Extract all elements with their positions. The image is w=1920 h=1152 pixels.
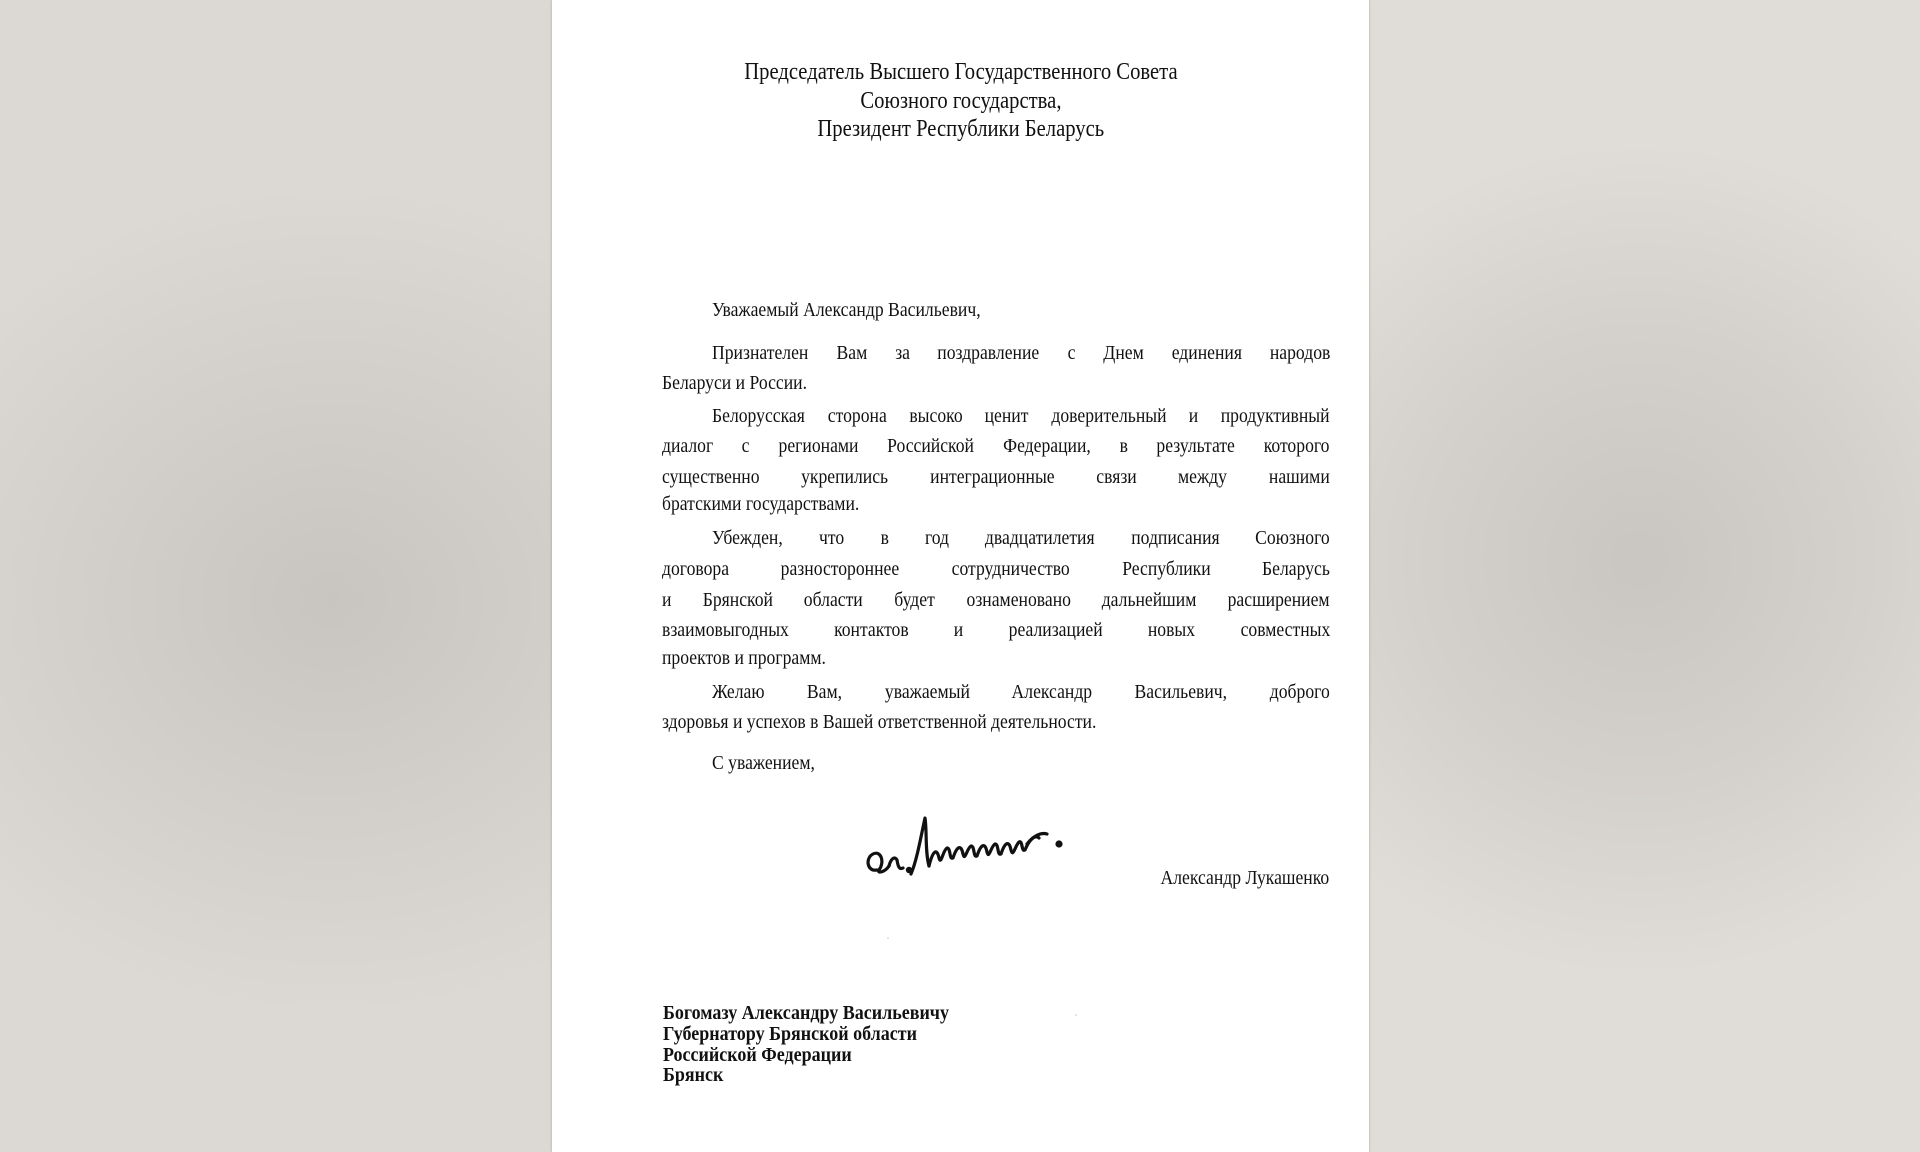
paragraph-3-line-2: договораразностороннеесотрудничествоРесп…	[662, 557, 1330, 581]
word: области	[804, 588, 863, 612]
paragraph-2-line-2: диалогсрегионамиРоссийскойФедерации,врез…	[662, 434, 1330, 458]
word: Беларусь	[1262, 557, 1330, 581]
word: будет	[895, 588, 936, 612]
word: Днем	[1103, 341, 1143, 365]
word: и	[954, 618, 963, 642]
word: что	[819, 526, 844, 550]
background-right	[1369, 0, 1920, 1152]
word: Убежден,	[712, 526, 783, 550]
word: Брянской	[703, 588, 773, 612]
word: и	[662, 588, 671, 612]
word: нашими	[1269, 465, 1330, 489]
word: между	[1178, 465, 1227, 489]
recipient-line-3: Российской Федерации	[663, 1045, 873, 1066]
paragraph-1-line-2: Беларуси и России.	[662, 371, 1330, 395]
letterhead-line-2: Союзного государства,	[552, 87, 1369, 116]
word: народов	[1269, 341, 1329, 365]
word: Белорусская	[712, 404, 805, 428]
word: продуктивный	[1221, 404, 1330, 428]
word: уважаемый	[885, 680, 970, 704]
word: ознаменовано	[966, 588, 1070, 612]
word: с	[742, 434, 750, 458]
letterhead-line-3: Президент Республики Беларусь	[552, 115, 1369, 144]
word: разностороннее	[781, 557, 900, 581]
word: Признателен	[712, 341, 808, 365]
paragraph-4-line-2: здоровья и успехов в Вашей ответственной…	[662, 710, 1330, 734]
word: Васильевич,	[1135, 680, 1228, 704]
word: Вам,	[807, 680, 842, 704]
word: с	[1067, 341, 1075, 365]
word: дальнейшим	[1102, 588, 1197, 612]
word: Александр	[1012, 680, 1093, 704]
word: которого	[1264, 434, 1330, 458]
letterhead-line-1: Председатель Высшего Государственного Со…	[552, 58, 1369, 87]
word: и	[1189, 404, 1198, 428]
word: диалог	[662, 434, 713, 458]
word: Российской	[888, 434, 975, 458]
paragraph-2-line-1: Белорусскаясторонавысокоценитдоверительн…	[712, 404, 1330, 428]
paragraph-4-line-1: ЖелаюВам,уважаемыйАлександрВасильевич,до…	[712, 680, 1330, 704]
paragraph-3-line-1: Убежден,чтовгоддвадцатилетияподписанияСо…	[712, 526, 1330, 550]
scan-speck	[1075, 1014, 1077, 1016]
word: высоко	[909, 404, 962, 428]
paragraph-1-line-1: ПризнателенВамзапоздравлениесДнемединени…	[712, 341, 1330, 365]
word: укрепились	[801, 465, 888, 489]
word: Желаю	[712, 680, 765, 704]
word: совместных	[1240, 618, 1330, 642]
paragraph-2-line-3: существенноукрепилисьинтеграционныесвязи…	[662, 465, 1330, 489]
paragraph-3-line-3: иБрянскойобластибудетознаменованодальней…	[662, 588, 1330, 612]
scan-speck	[887, 937, 889, 939]
word: сторона	[827, 404, 886, 428]
word: подписания	[1131, 526, 1219, 550]
signatory-name: Александр Лукашенко	[1133, 866, 1329, 890]
word: Союзного	[1255, 526, 1330, 550]
word: поздравление	[937, 341, 1039, 365]
word: реализацией	[1009, 618, 1103, 642]
word: Республики	[1122, 557, 1210, 581]
recipient-line-1: Богомазу Александру Васильевичу	[663, 1003, 981, 1024]
word: двадцатилетия	[985, 526, 1095, 550]
signature-image	[863, 800, 1068, 890]
salutation: Уважаемый Александр Васильевич,	[712, 298, 1330, 322]
recipient-line-4: Брянск	[663, 1065, 730, 1086]
word: в	[880, 526, 888, 550]
word: новых	[1148, 618, 1195, 642]
word: контактов	[834, 618, 909, 642]
word: регионами	[779, 434, 859, 458]
word: результате	[1157, 434, 1235, 458]
word: доброго	[1270, 680, 1330, 704]
word: расширением	[1228, 588, 1330, 612]
word: единения	[1171, 341, 1241, 365]
word: доверительный	[1051, 404, 1166, 428]
paragraph-2-line-4: братскими государствами.	[662, 492, 1330, 516]
word: год	[925, 526, 949, 550]
word: интеграционные	[930, 465, 1054, 489]
word: сотрудничество	[952, 557, 1070, 581]
letter-page: Председатель Высшего Государственного Со…	[552, 0, 1369, 1152]
paragraph-3-line-5: проектов и программ.	[662, 646, 1330, 670]
word: договора	[662, 557, 729, 581]
paragraph-3-line-4: взаимовыгодныхконтактовиреализациейновых…	[662, 618, 1330, 642]
word: Вам	[836, 341, 867, 365]
word: Федерации,	[1003, 434, 1091, 458]
word: связи	[1096, 465, 1136, 489]
recipient-line-2: Губернатору Брянской области	[663, 1024, 945, 1045]
word: существенно	[662, 465, 760, 489]
word: взаимовыгодных	[662, 618, 789, 642]
closing: С уважением,	[712, 751, 1330, 775]
word: в	[1120, 434, 1128, 458]
word: за	[895, 341, 910, 365]
word: ценит	[985, 404, 1029, 428]
